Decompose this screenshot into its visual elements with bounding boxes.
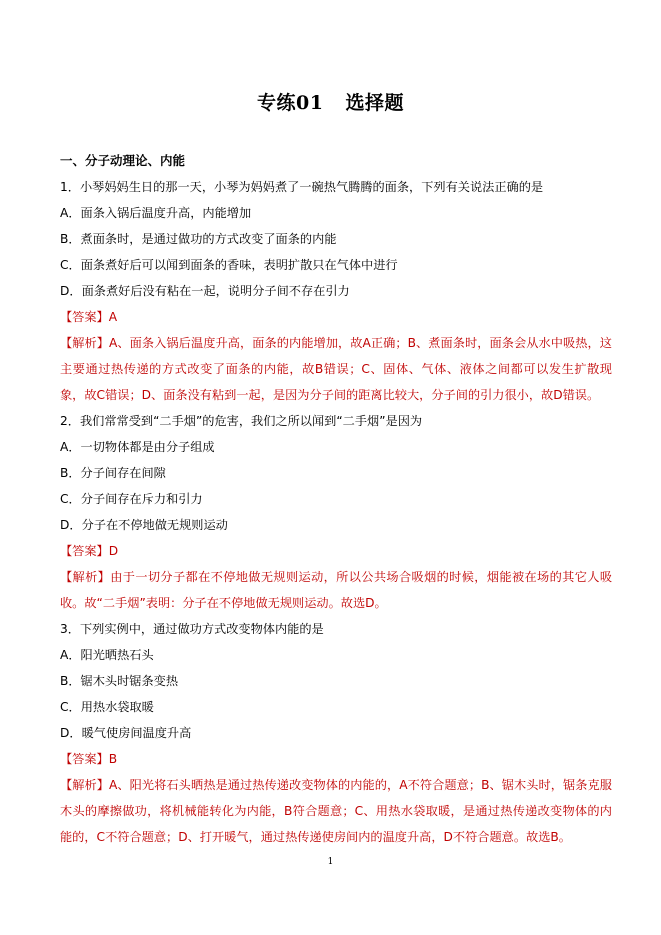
explanation-text: 由于一切分子都在不停地做无规则运动，所以公共场合吸烟的时候，烟能被在场的其它人吸… bbox=[60, 570, 612, 610]
option-b: B．锯木头时锯条变热 bbox=[60, 668, 612, 694]
answer-label: 【答案】 bbox=[60, 544, 109, 558]
answer-value: D bbox=[109, 544, 118, 558]
option-c: C．面条煮好后可以闻到面条的香味，表明扩散只在气体中进行 bbox=[60, 252, 612, 278]
explanation-label: 【解析】 bbox=[60, 778, 109, 792]
explanation: 【解析】A、面条入锅后温度升高，面条的内能增加，故A正确；B、煮面条时，面条会从… bbox=[60, 330, 612, 408]
explanation-label: 【解析】 bbox=[60, 570, 110, 584]
explanation: 【解析】A、阳光将石头晒热是通过热传递改变物体的内能的，A不符合题意；B、锯木头… bbox=[60, 772, 612, 850]
answer-line: 【答案】D bbox=[60, 538, 612, 564]
question-2: 2．我们常常受到“二手烟”的危害，我们之所以闻到“二手烟”是因为 A．一切物体都… bbox=[60, 408, 612, 616]
page-title: 专练01选择题 bbox=[0, 88, 661, 115]
answer-line: 【答案】A bbox=[60, 304, 612, 330]
answer-label: 【答案】 bbox=[60, 752, 109, 766]
explanation-text: A、面条入锅后温度升高，面条的内能增加，故A正确；B、煮面条时，面条会从水中吸热… bbox=[60, 336, 612, 402]
document-page: 专练01选择题 一、分子动理论、内能 1．小琴妈妈生日的那一天，小琴为妈妈煮了一… bbox=[0, 0, 661, 935]
option-a: A．阳光晒热石头 bbox=[60, 642, 612, 668]
option-c: C．分子间存在斥力和引力 bbox=[60, 486, 612, 512]
answer-value: A bbox=[109, 310, 117, 324]
answer-line: 【答案】B bbox=[60, 746, 612, 772]
question-1: 1．小琴妈妈生日的那一天，小琴为妈妈煮了一碗热气腾腾的面条，下列有关说法正确的是… bbox=[60, 174, 612, 408]
option-c: C．用热水袋取暖 bbox=[60, 694, 612, 720]
option-b: B．煮面条时，是通过做功的方式改变了面条的内能 bbox=[60, 226, 612, 252]
option-d: D．暖气使房间温度升高 bbox=[60, 720, 612, 746]
option-b: B．分子间存在间隙 bbox=[60, 460, 612, 486]
document-body: 一、分子动理论、内能 1．小琴妈妈生日的那一天，小琴为妈妈煮了一碗热气腾腾的面条… bbox=[60, 148, 612, 850]
question-stem: 1．小琴妈妈生日的那一天，小琴为妈妈煮了一碗热气腾腾的面条，下列有关说法正确的是 bbox=[60, 174, 612, 200]
option-d: D．分子在不停地做无规则运动 bbox=[60, 512, 612, 538]
explanation-label: 【解析】 bbox=[60, 336, 109, 350]
explanation: 【解析】由于一切分子都在不停地做无规则运动，所以公共场合吸烟的时候，烟能被在场的… bbox=[60, 564, 612, 616]
section-heading: 一、分子动理论、内能 bbox=[60, 148, 612, 174]
page-number: 1 bbox=[0, 857, 661, 867]
answer-label: 【答案】 bbox=[60, 310, 109, 324]
option-a: A．一切物体都是由分子组成 bbox=[60, 434, 612, 460]
question-3: 3．下列实例中，通过做功方式改变物体内能的是 A．阳光晒热石头 B．锯木头时锯条… bbox=[60, 616, 612, 850]
option-d: D．面条煮好后没有粘在一起，说明分子间不存在引力 bbox=[60, 278, 612, 304]
explanation-text: A、阳光将石头晒热是通过热传递改变物体的内能的，A不符合题意；B、锯木头时，锯条… bbox=[60, 778, 612, 844]
question-stem: 2．我们常常受到“二手烟”的危害，我们之所以闻到“二手烟”是因为 bbox=[60, 408, 612, 434]
answer-value: B bbox=[109, 752, 117, 766]
option-a: A．面条入锅后温度升高，内能增加 bbox=[60, 200, 612, 226]
title-main: 选择题 bbox=[345, 92, 404, 114]
question-stem: 3．下列实例中，通过做功方式改变物体内能的是 bbox=[60, 616, 612, 642]
title-prefix: 专练01 bbox=[257, 92, 323, 114]
